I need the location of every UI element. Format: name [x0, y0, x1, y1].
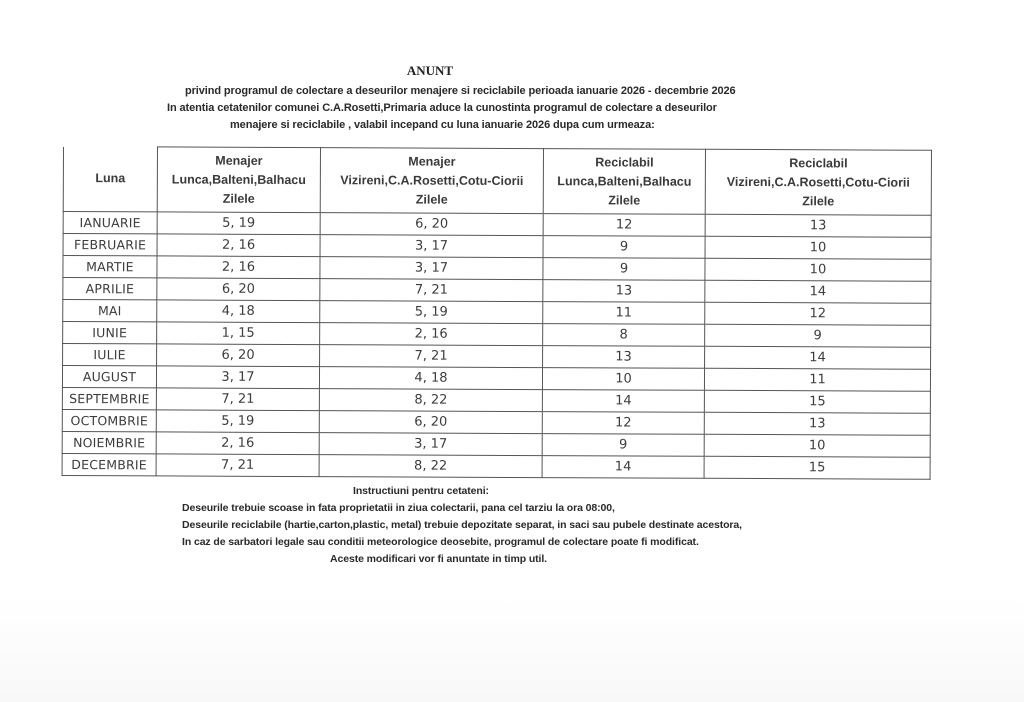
- instruction-line: Deseurile trebuie scoase in fata proprie…: [182, 502, 615, 514]
- days-cell: 13: [543, 346, 705, 369]
- month-cell: OCTOMBRIE: [62, 409, 156, 431]
- instructions-heading: Instructiuni pentru cetateni:: [353, 485, 489, 497]
- days-cell: 14: [542, 456, 704, 479]
- header-text: Lunca,Balteni,Balhacu: [158, 170, 320, 190]
- month-cell: DECEMBRIE: [62, 453, 156, 475]
- header-text: Vizireni,C.A.Rosetti,Cotu-Ciorii: [321, 171, 543, 191]
- header-text: Zilele: [706, 191, 931, 211]
- days-cell: 12: [543, 214, 705, 237]
- intro-line: menajere si reciclabile , valabil incepa…: [230, 119, 1024, 131]
- header-column: ReciclabilLunca,Balteni,BalhacuZilele: [543, 149, 705, 215]
- days-cell: 3, 17: [320, 235, 543, 258]
- days-cell: 6, 20: [319, 411, 542, 434]
- days-cell: 5, 19: [320, 301, 543, 324]
- table-header-row: LunaMenajerLunca,Balteni,BalhacuZileleMe…: [63, 147, 931, 216]
- days-cell: 7, 21: [320, 279, 543, 302]
- header-text: Luna: [64, 169, 157, 188]
- month-cell: APRILIE: [63, 278, 157, 300]
- days-cell: 6, 20: [320, 213, 543, 236]
- header-text: Menajer: [321, 152, 543, 172]
- header-text: Vizireni,C.A.Rosetti,Cotu-Ciorii: [706, 172, 931, 192]
- table-row: DECEMBRIE7, 218, 221415: [62, 453, 930, 479]
- days-cell: 9: [542, 434, 704, 457]
- header-text: Lunca,Balteni,Balhacu: [544, 172, 705, 192]
- header-text: Menajer: [158, 151, 320, 171]
- days-cell: 2, 16: [157, 256, 320, 279]
- days-cell: 14: [705, 280, 931, 303]
- days-cell: 14: [542, 390, 704, 413]
- days-cell: 7, 21: [156, 388, 319, 411]
- instruction-line: In caz de sarbatori legale sau conditii …: [182, 536, 699, 548]
- days-cell: 9: [543, 258, 705, 281]
- days-cell: 8, 22: [319, 455, 542, 478]
- days-cell: 13: [704, 412, 930, 435]
- days-cell: 15: [704, 390, 930, 413]
- days-cell: 4, 18: [157, 300, 320, 323]
- days-cell: 7, 21: [156, 454, 319, 477]
- days-cell: 5, 19: [157, 212, 320, 235]
- header-luna: Luna: [63, 147, 157, 212]
- table-body: IANUARIE5, 196, 201213FEBRUARIE2, 163, 1…: [62, 212, 931, 480]
- header-text: Zilele: [158, 189, 320, 209]
- days-cell: 2, 16: [320, 323, 543, 346]
- month-cell: NOIEMBRIE: [62, 431, 156, 453]
- month-cell: FEBRUARIE: [63, 234, 157, 256]
- instruction-line: Aceste modificari vor fi anuntate in tim…: [330, 553, 547, 565]
- days-cell: 2, 16: [156, 432, 319, 455]
- collection-schedule-table: LunaMenajerLunca,Balteni,BalhacuZileleMe…: [62, 146, 932, 480]
- days-cell: 10: [542, 368, 704, 391]
- days-cell: 15: [704, 456, 930, 479]
- days-cell: 9: [543, 236, 705, 259]
- days-cell: 7, 21: [320, 345, 543, 368]
- days-cell: 2, 16: [157, 234, 320, 257]
- month-cell: SEPTEMBRIE: [62, 387, 156, 409]
- days-cell: 3, 17: [156, 366, 319, 389]
- days-cell: 8, 22: [319, 389, 542, 412]
- header-column: MenajerVizireni,C.A.Rosetti,Cotu-CioriiZ…: [320, 148, 543, 214]
- month-cell: MAI: [63, 300, 157, 322]
- days-cell: 5, 19: [156, 410, 319, 433]
- days-cell: 10: [705, 236, 931, 259]
- header-text: Reciclabil: [544, 153, 705, 173]
- days-cell: 12: [542, 412, 704, 435]
- header-text: Reciclabil: [706, 153, 931, 173]
- header-text: Zilele: [321, 190, 543, 210]
- header-column: MenajerLunca,Balteni,BalhacuZilele: [157, 147, 320, 213]
- days-cell: 3, 17: [320, 257, 543, 280]
- intro-line: In atentia cetatenilor comunei C.A.Roset…: [167, 102, 1024, 114]
- month-cell: AUGUST: [62, 366, 156, 388]
- intro-line: privind programul de colectare a deseuri…: [185, 85, 1024, 97]
- days-cell: 10: [704, 434, 930, 457]
- days-cell: 3, 17: [319, 433, 542, 456]
- days-cell: 4, 18: [319, 367, 542, 390]
- days-cell: 12: [705, 302, 931, 325]
- instruction-line: Deseurile reciclabile (hartie,carton,pla…: [182, 519, 742, 531]
- days-cell: 6, 20: [157, 344, 320, 367]
- days-cell: 8: [543, 324, 705, 347]
- days-cell: 13: [705, 214, 931, 237]
- schedule-table-wrapper: LunaMenajerLunca,Balteni,BalhacuZileleMe…: [62, 146, 931, 480]
- month-cell: IULIE: [63, 344, 157, 366]
- document-title: ANUNT: [0, 63, 860, 79]
- days-cell: 13: [543, 280, 705, 303]
- header-column: ReciclabilVizireni,C.A.Rosetti,Cotu-Cior…: [705, 149, 931, 215]
- days-cell: 11: [543, 302, 705, 325]
- month-cell: MARTIE: [63, 256, 157, 278]
- days-cell: 14: [705, 346, 931, 369]
- header-text: Zilele: [544, 191, 705, 211]
- month-cell: IUNIE: [63, 322, 157, 344]
- month-cell: IANUARIE: [63, 212, 157, 234]
- days-cell: 6, 20: [157, 278, 320, 301]
- days-cell: 11: [704, 368, 930, 391]
- days-cell: 10: [705, 258, 931, 281]
- days-cell: 9: [705, 324, 931, 347]
- days-cell: 1, 15: [157, 322, 320, 345]
